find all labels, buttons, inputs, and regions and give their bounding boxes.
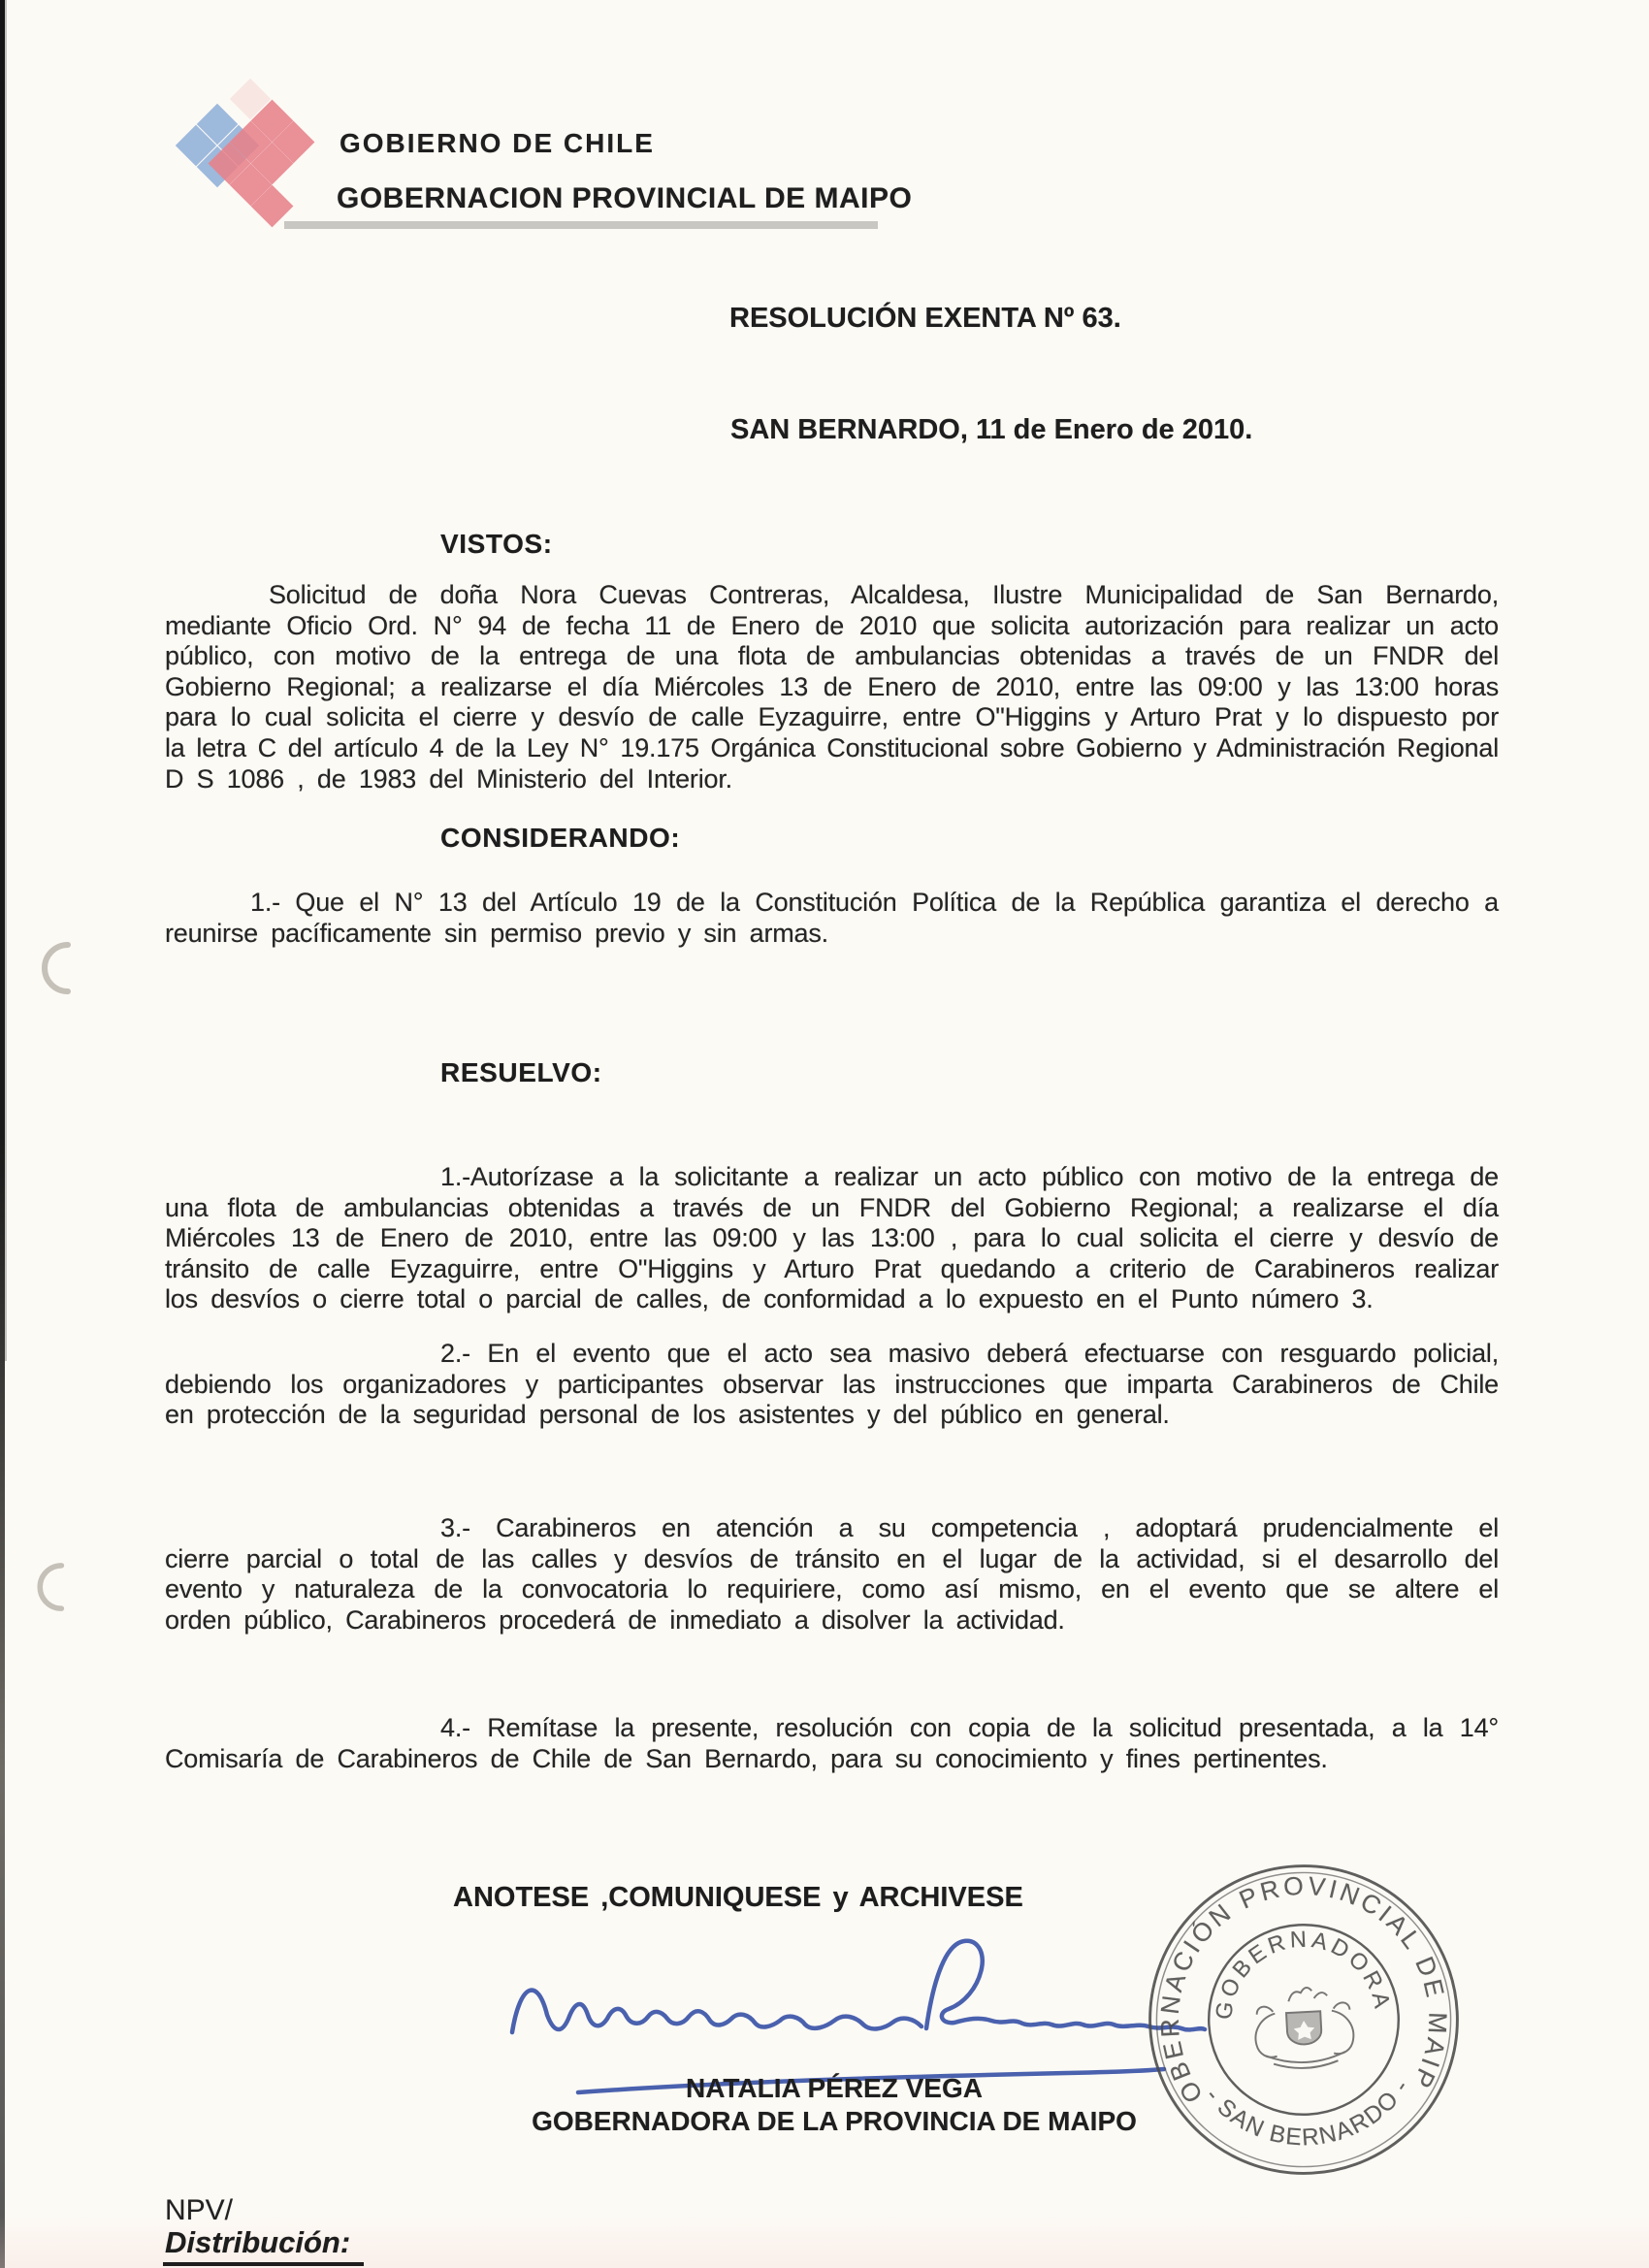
scan-edge-artifact bbox=[5, 0, 7, 1361]
text-line: 1.-Autorízase a la solicitante a realiza… bbox=[165, 1162, 1499, 1193]
considerando-paragraph: 1.- Que el N° 13 del Artículo 19 de la C… bbox=[165, 888, 1499, 949]
org-name-line2: GOBERNACION PROVINCIAL DE MAIPO bbox=[337, 182, 912, 215]
text-line: 4.- Remítase la presente, resolución con… bbox=[165, 1713, 1499, 1744]
text-line: orden público, Carabineros procederá de … bbox=[165, 1605, 1499, 1636]
text-line: Comisaría de Carabineros de Chile de San… bbox=[165, 1744, 1499, 1775]
resuelvo-item-2: 2.- En el evento que el acto sea masivo … bbox=[165, 1339, 1499, 1431]
text-line: tránsito de calle Eyzaguirre, entre O"Hi… bbox=[165, 1254, 1499, 1285]
section-heading-resuelvo: RESUELVO: bbox=[440, 1057, 602, 1088]
section-heading-considerando: CONSIDERANDO: bbox=[440, 823, 680, 854]
header-divider bbox=[284, 221, 878, 229]
signatory-role: GOBERNADORA DE LA PROVINCIA DE MAIPO bbox=[514, 2105, 1154, 2138]
text-line: 3.- Carabineros en atención a su compete… bbox=[165, 1513, 1499, 1544]
svg-text:GOBERNADORA: GOBERNADORA bbox=[1206, 1922, 1396, 2023]
text-line: 2.- En el evento que el acto sea masivo … bbox=[165, 1339, 1499, 1370]
text-line: una flota de ambulancias obtenidas a tra… bbox=[165, 1193, 1499, 1224]
text-line: Miércoles 13 de Enero de 2010, entre las… bbox=[165, 1223, 1499, 1254]
scanned-resolution-document: GOBIERNO DE CHILE GOBERNACION PROVINCIAL… bbox=[0, 0, 1649, 2268]
text-line: los desvíos o cierre total o parcial de … bbox=[165, 1284, 1499, 1315]
vistos-paragraph: Solicitud de doña Nora Cuevas Contreras,… bbox=[165, 580, 1499, 794]
text-line: mediante Oficio Ord. N° 94 de fecha 11 d… bbox=[165, 611, 1499, 642]
text-line: D S 1086 , de 1983 del Ministerio del In… bbox=[165, 764, 1499, 795]
stamp-arc-inner-text: GOBERNADORA bbox=[1206, 1922, 1396, 2023]
hole-punch-mark-icon bbox=[35, 939, 85, 997]
hole-punch-mark-icon bbox=[31, 1560, 78, 1614]
gobierno-de-chile-logo-icon bbox=[184, 93, 330, 239]
text-line: Gobierno Regional; a realizarse el día M… bbox=[165, 672, 1499, 703]
signatory-block: NATALIA PÉREZ VEGA GOBERNADORA DE LA PRO… bbox=[514, 2072, 1154, 2138]
distribution-label: Distribución: bbox=[163, 2225, 364, 2266]
resuelvo-item-4: 4.- Remítase la presente, resolución con… bbox=[165, 1713, 1499, 1774]
svg-text:GOBERNACIÓN PROVINCIAL DE MAIP: GOBERNACIÓN PROVINCIAL DE MAIPO bbox=[1124, 1840, 1457, 2111]
text-line: evento y naturaleza de la convocatoria l… bbox=[165, 1574, 1499, 1605]
official-round-stamp: GOBERNACIÓN PROVINCIAL DE MAIPO - SAN BE… bbox=[1124, 1840, 1483, 2199]
resuelvo-item-1: 1.-Autorízase a la solicitante a realiza… bbox=[165, 1162, 1499, 1315]
document-title: RESOLUCIÓN EXENTA Nº 63. bbox=[729, 303, 1121, 335]
org-name-line1: GOBIERNO DE CHILE bbox=[339, 128, 655, 159]
text-line: en protección de la seguridad personal d… bbox=[165, 1400, 1499, 1431]
text-line: público, con motivo de la entrega de una… bbox=[165, 641, 1499, 672]
text-line: para lo cual solicita el cierre y desvío… bbox=[165, 702, 1499, 733]
text-line: 1.- Que el N° 13 del Artículo 19 de la C… bbox=[165, 888, 1499, 919]
signatory-name: NATALIA PÉREZ VEGA bbox=[514, 2072, 1154, 2105]
closing-formula: ANOTESE ,COMUNIQUESE y ARCHIVESE bbox=[453, 1882, 1023, 1914]
stamp-arc-top-text: GOBERNACIÓN PROVINCIAL DE MAIPO bbox=[1124, 1840, 1457, 2111]
section-heading-vistos: VISTOS: bbox=[440, 529, 553, 560]
text-line: Solicitud de doña Nora Cuevas Contreras,… bbox=[165, 580, 1499, 611]
text-line: debiendo los organizadores y participant… bbox=[165, 1370, 1499, 1401]
resuelvo-item-3: 3.- Carabineros en atención a su compete… bbox=[165, 1513, 1499, 1636]
text-line: reunirse pacíficamente sin permiso previ… bbox=[165, 919, 1499, 950]
text-line: cierre parcial o total de las calles y d… bbox=[165, 1544, 1499, 1575]
chile-coat-of-arms-icon bbox=[1253, 1986, 1355, 2071]
document-dateline: SAN BERNARDO, 11 de Enero de 2010. bbox=[730, 414, 1252, 446]
text-line: la letra C del artículo 4 de la Ley N° 1… bbox=[165, 733, 1499, 764]
drafter-initials: NPV/ bbox=[165, 2194, 233, 2227]
